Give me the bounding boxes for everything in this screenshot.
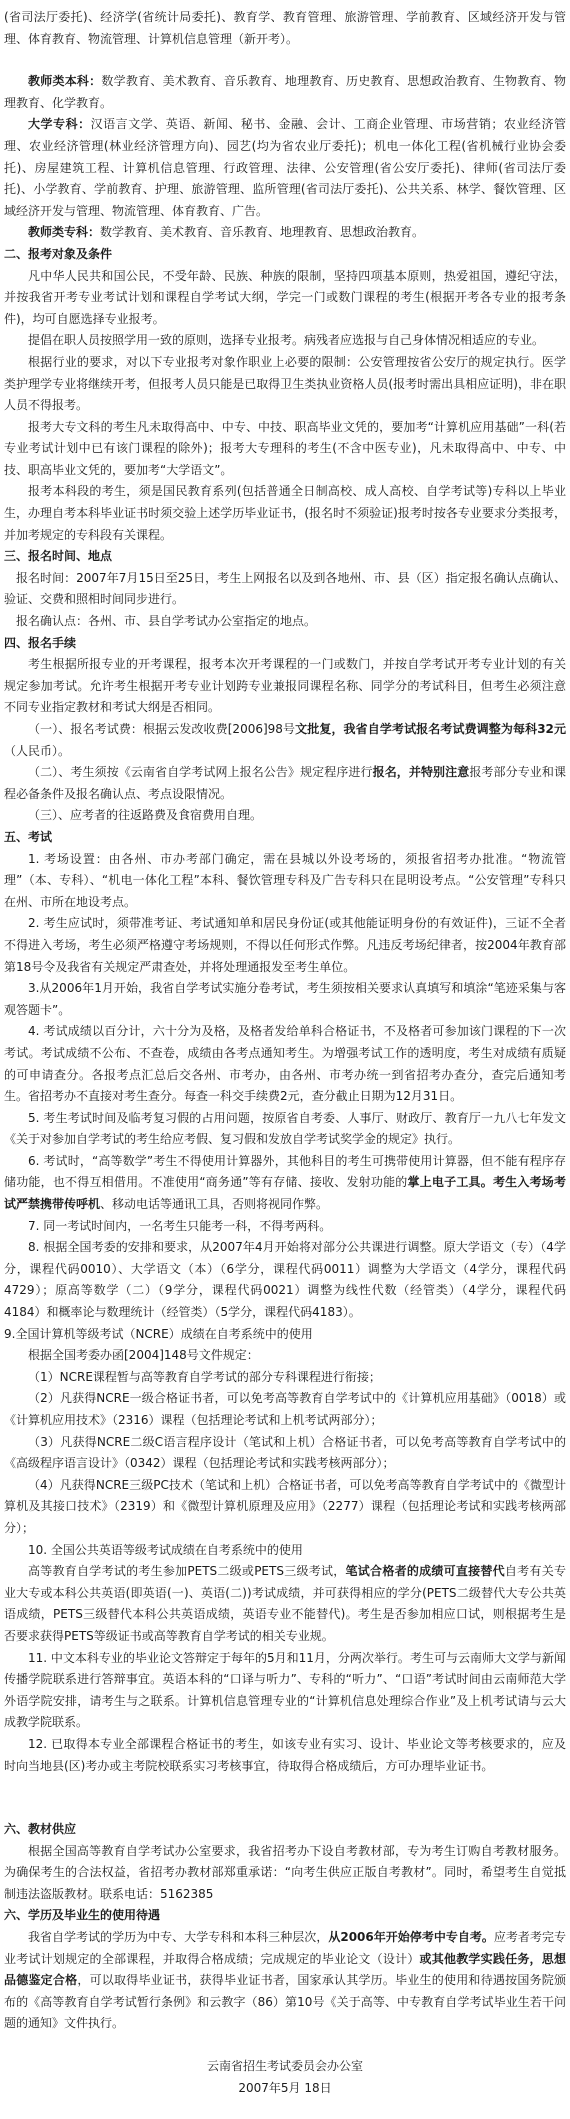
text-segment: 高等教育自学考试的考生参加PETS二级或PETS三级考试， [28, 1564, 346, 1578]
section-heading: 五、考试 [4, 827, 566, 849]
paragraph: 根据行业的要求，对以下专业报考对象作职业上必要的限制：公安管理按省公安厅的规定执… [4, 352, 566, 417]
paragraph-lead: 教师类专科： [28, 225, 100, 239]
paragraph: （三）、应考者的往返路费及食宿费用自理。 [4, 805, 566, 827]
paragraph: （二）、考生须按《云南省自学考试网上报名公告》规定程序进行报名，并特别注意报考部… [4, 762, 566, 805]
paragraph: 高等教育自学考试的考生参加PETS二级或PETS三级考试，笔试合格者的成绩可直接… [4, 1561, 566, 1647]
emphasized-text: 从2006年开始停考中专自考。 [328, 1930, 494, 1944]
paragraph: 4. 考试成绩以百分计，六十分为及格，及格者发给单科合格证书，不及格者可参加该门… [4, 1021, 566, 1107]
text-segment: （人民币）。 [4, 744, 70, 758]
signature-date: 2007年5月 18日 [4, 2078, 566, 2100]
paragraph: 凡中华人民共和国公民，不受年龄、民族、种族的限制，坚持四项基本原则，热爱祖国，遵… [4, 266, 566, 331]
paragraph-lead: 大学专科： [28, 117, 91, 131]
paragraph: 6. 考试时，“高等数学”考生不得使用计算器外，其他科目的考生可携带使用计算器，… [4, 1151, 566, 1216]
paragraph: 5. 考生考试时间及临考复习假的占用问题，按原省自考委、人事厅、财政厅、教育厅一… [4, 1108, 566, 1151]
section-heading: 六、教材供应 [4, 1819, 566, 1841]
paragraph: （2）凡获得NCRE一级合格证书者，可以免考高等教育自学考试中的《计算机应用基础… [4, 1388, 566, 1431]
section-heading: 二、报考对象及条件 [4, 244, 566, 266]
paragraph: （4）凡获得NCRE三级PC技术（笔试和上机）合格证书者，可以免考高等教育自学考… [4, 1475, 566, 1540]
paragraph: （3）凡获得NCRE二级C语言程序设计（笔试和上机）合格证书者，可以免考高等教育… [4, 1432, 566, 1475]
paragraph: 考生根据所报专业的开考课程，报考本次开考课程的一门或数门，并按自学考试开考专业计… [4, 654, 566, 719]
section-heading: 四、报名手续 [4, 633, 566, 655]
paragraph: 我省自学考试的学历为中专、大学专科和本科三种层次，从2006年开始停考中专自考。… [4, 1927, 566, 2035]
text-segment: ，可以取得毕业证书，获得毕业证书者，国家承认其学历。毕业生的使用和待遇按国务院颁… [4, 1973, 566, 2030]
paragraph: 11. 中文本科专业的毕业论文答辩定于每年的5月和11月，分两次举行。考生可与云… [4, 1648, 566, 1734]
paragraph: 12. 已取得本专业全部课程合格证书的考生，如该专业有实习、设计、毕业论文等考核… [4, 1734, 566, 1777]
paragraph: 根据全国高等教育自学考试办公室要求，我省招考办下设自考教材部，专为考生订购自考教… [4, 1841, 566, 1906]
paragraph: 2. 考生应试时，须带准考证、考试通知单和居民身份证(或其他能证明身份的有效证件… [4, 913, 566, 978]
section-heading: 六、学历及毕业生的使用待遇 [4, 1905, 566, 1927]
paragraph: (省司法厅委托)、经济学(省统计局委托)、教育学、教育管理、旅游管理、学前教育、… [4, 7, 566, 50]
paragraph: 10. 全国公共英语等级考试成绩在自考系统中的使用 [4, 1540, 566, 1562]
paragraph: 教师类专科：数学教育、美术教育、音乐教育、地理教育、思想政治教育。 [4, 222, 566, 244]
paragraph: 大学专科：汉语言文学、英语、新闻、秘书、金融、会计、工商企业管理、市场营销；农业… [4, 114, 566, 222]
paragraph: （1）NCRE课程暂与高等教育自学考试的部分专科课程进行衔接； [4, 1367, 566, 1389]
blank-line [4, 2035, 566, 2056]
paragraph: 3.从2006年1月开始，我省自学考试实施分卷考试，考生须按相关要求认真填写和填… [4, 978, 566, 1021]
paragraph: 教师类本科：数学教育、美术教育、音乐教育、地理教育、历史教育、思想政治教育、生物… [4, 71, 566, 114]
paragraph: 报名时间：2007年7月15日至25日，考生上网报名以及到各地州、市、县（区）指… [4, 568, 566, 611]
emphasized-text: 笔试合格者的成绩可直接替代 [346, 1564, 505, 1578]
paragraph: 报考大专文科的考生凡未取得高中、中专、中技、职高毕业文凭的，要加考“计算机应用基… [4, 417, 566, 482]
blank-line [4, 50, 566, 71]
paragraph: 提倡在职人员按照学用一致的原则，选择专业报考。病残者应选报与自己身体情况相适应的… [4, 330, 566, 352]
emphasized-text: 文批复，我省自学考试报名考试费调整为每科32元 [295, 722, 566, 736]
paragraph: 7. 同一考试时间内，一名考生只能考一科，不得考两科。 [4, 1216, 566, 1238]
section-heading: 三、报名时间、地点 [4, 546, 566, 568]
paragraph: 根据全国考委办函[2004]148号文件规定： [4, 1345, 566, 1367]
paragraph: 1. 考场设置：由各州、市办考部门确定，需在县城以外设考场的，须报省招考办批准。… [4, 849, 566, 914]
paragraph-lead: 教师类本科： [28, 74, 101, 88]
paragraph: 报考本科段的考生，须是国民教育系列(包括普通全日制高校、成人高校、自学考试等)专… [4, 481, 566, 546]
text-segment: （二）、考生须按《云南省自学考试网上报名公告》规定程序进行 [28, 765, 373, 779]
document-body: (省司法厅委托)、经济学(省统计局委托)、教育学、教育管理、旅游管理、学前教育、… [4, 7, 566, 2056]
paragraph: （一）、报名考试费：根据云发改收费[2006]98号文批复，我省自学考试报名考试… [4, 719, 566, 762]
paragraph: 9.全国计算机等级考试（NCRE）成绩在自考系统中的使用 [4, 1324, 566, 1346]
blank-line [4, 1798, 566, 1819]
signature-org: 云南省招生考试委员会办公室 [4, 2056, 566, 2078]
paragraph: 报名确认点：各州、市、县自学考试办公室指定的地点。 [4, 611, 566, 633]
blank-line [4, 1777, 566, 1798]
text-segment: （一）、报名考试费：根据云发改收费[2006]98号 [28, 722, 295, 736]
emphasized-text: 报名，并特别注意 [373, 765, 470, 779]
paragraph: 8. 根据全国考委的安排和要求，从2007年4月开始将对部分公共课进行调整。原大… [4, 1237, 566, 1323]
notice-document: (省司法厅委托)、经济学(省统计局委托)、教育学、教育管理、旅游管理、学前教育、… [4, 7, 566, 2099]
text-segment: 、移动电话等通讯工具，否则将视同作弊。 [100, 1197, 328, 1211]
text-segment: 我省自学考试的学历为中专、大学专科和本科三种层次， [28, 1930, 328, 1944]
